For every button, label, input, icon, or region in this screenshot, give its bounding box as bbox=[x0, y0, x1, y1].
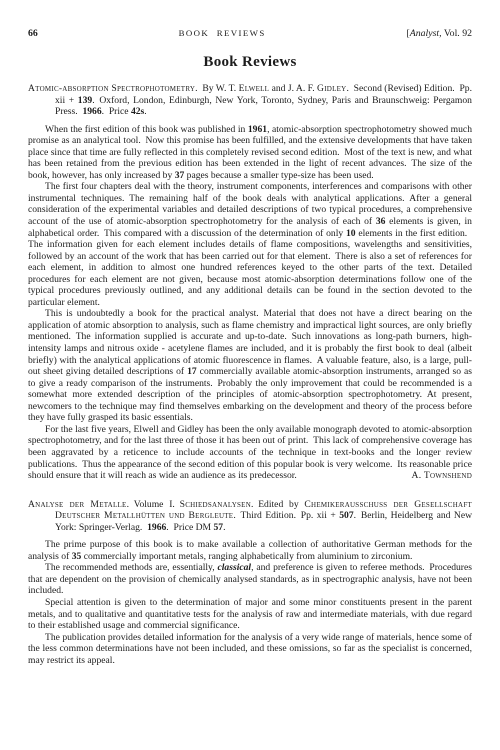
text-segment: 36 bbox=[376, 216, 386, 227]
text-segment: 10 bbox=[346, 228, 356, 239]
review-1: Atomic-absorption Spectrophotometry. By … bbox=[28, 83, 472, 482]
text-segment: . bbox=[223, 522, 225, 533]
text-segment: . By W. T. bbox=[195, 83, 238, 94]
review-2-citation: Analyse der Metalle. Volume I. Schiedsan… bbox=[28, 499, 472, 534]
text-segment: 42s bbox=[131, 106, 144, 117]
review-paragraph: When the first edition of this book was … bbox=[28, 124, 472, 182]
page-title: Book Reviews bbox=[28, 54, 472, 71]
text-segment: When the first edition of this book was … bbox=[45, 124, 248, 135]
text-segment: 35 bbox=[72, 551, 82, 562]
running-head: BOOK REVIEWS bbox=[179, 28, 266, 38]
text-segment: commercially important metals, ranging a… bbox=[81, 551, 412, 562]
text-segment: Analyst, bbox=[410, 28, 442, 39]
review-paragraph: The recommended methods are, essentially… bbox=[28, 562, 472, 597]
text-segment: 17 bbox=[187, 366, 197, 377]
text-segment: . Third Edition. Pp. xii + bbox=[233, 510, 339, 521]
text-segment: pages because a smaller type-size has be… bbox=[184, 170, 373, 181]
text-segment: Atomic-absorption Spectrophotometry bbox=[28, 83, 195, 94]
review-1-citation: Atomic-absorption Spectrophotometry. By … bbox=[28, 83, 472, 118]
reviewer-name: A. Townshend bbox=[412, 470, 472, 481]
text-segment: 507 bbox=[339, 510, 353, 521]
text-segment: Analyse der Metalle bbox=[28, 499, 127, 510]
text-segment: . Price DM bbox=[166, 522, 213, 533]
text-segment: 139 bbox=[78, 95, 92, 106]
text-segment: Special attention is given to the determ… bbox=[28, 597, 472, 631]
page-number: 66 bbox=[28, 28, 38, 39]
text-segment: The recommended methods are, essentially… bbox=[45, 562, 218, 573]
text-segment: 1961 bbox=[248, 124, 267, 135]
text-segment: elements in the first edition. The infor… bbox=[28, 228, 472, 308]
review-paragraph: Special attention is given to the determ… bbox=[28, 597, 472, 632]
text-segment: Gidley bbox=[317, 83, 346, 94]
review-paragraph: The first four chapters deal with the th… bbox=[28, 181, 472, 308]
text-segment: 37 bbox=[175, 170, 185, 181]
text-segment: Elwell bbox=[239, 83, 270, 94]
text-segment: 1966 bbox=[82, 106, 101, 117]
text-segment: 57 bbox=[213, 522, 223, 533]
review-paragraph: The prime purpose of this book is to mak… bbox=[28, 539, 472, 562]
review-paragraph: The publication provides detailed inform… bbox=[28, 632, 472, 667]
text-segment: and J. A. F. bbox=[269, 83, 317, 94]
text-segment: 1966 bbox=[147, 522, 166, 533]
text-segment: . Volume I. bbox=[127, 499, 180, 510]
text-segment: Vol. 92 bbox=[442, 28, 472, 39]
page-header: 66 BOOK REVIEWS [Analyst, Vol. 92 bbox=[28, 28, 472, 39]
text-segment: . Edited by bbox=[251, 499, 304, 510]
review-2: Analyse der Metalle. Volume I. Schiedsan… bbox=[28, 499, 472, 667]
text-segment: classical bbox=[218, 562, 252, 573]
journal-reference: [Analyst, Vol. 92 bbox=[406, 28, 472, 39]
text-segment: . Price bbox=[102, 106, 131, 117]
text-segment: The publication provides detailed inform… bbox=[28, 632, 472, 666]
text-segment: Schiedsanalysen bbox=[180, 499, 251, 510]
review-paragraph: This is undoubtedly a book for the pract… bbox=[28, 308, 472, 423]
journal-page: 66 BOOK REVIEWS [Analyst, Vol. 92 Book R… bbox=[0, 0, 500, 666]
text-segment: . bbox=[144, 106, 146, 117]
